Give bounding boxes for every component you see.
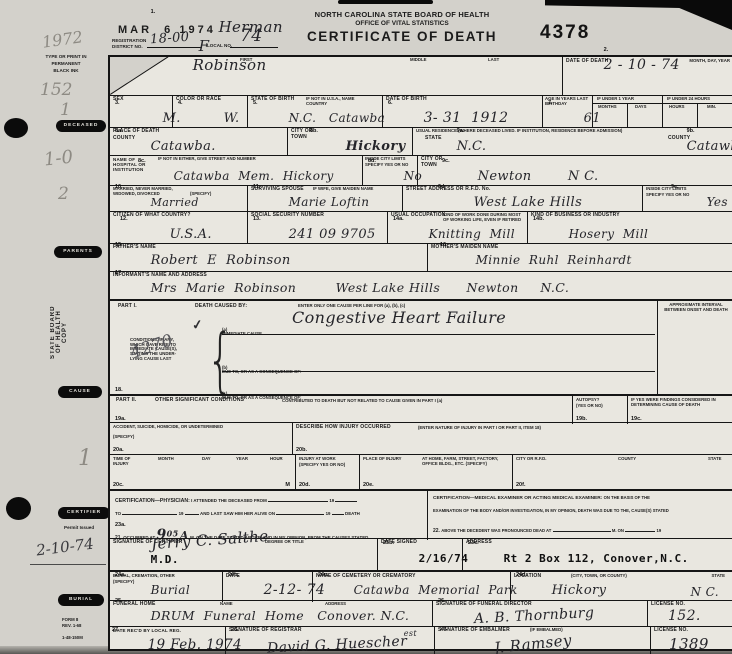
time-of-injury-m: M <box>285 482 290 488</box>
form-number-line2: REV. 1-68 <box>62 623 83 629</box>
hospital-number: 8c. <box>138 158 146 164</box>
field-place-of-injury: PLACE OF INJURY AT HOME, FARM, STREET, F… <box>359 454 513 490</box>
permit-issued-label: Permit Issued <box>64 525 94 532</box>
form-number: FORM 8 REV. 1-68 1-48-150M <box>62 617 83 641</box>
medex-text1: ON THE BASIS OF THE <box>604 495 650 500</box>
field-findings: IF YES WERE FINDINGS CONSIDERED IN DETER… <box>627 394 732 424</box>
death-caused-by-label: DEATH CAUSED BY: <box>195 304 247 310</box>
field-time-of-injury: TIME OF INJURY MONTH DAY YEAR HOUR 20c. … <box>110 454 295 490</box>
part2-title: OTHER SIGNIFICANT CONDITIONS <box>155 398 244 404</box>
physician-death-word: DEATH <box>345 511 360 516</box>
date-of-death-value: 2. 2 - 10 - 74 <box>568 20 680 92</box>
field-accident: ACCIDENT, SUICIDE, HOMICIDE, OR UNDETERM… <box>110 422 292 455</box>
name-last-value: Robinson <box>193 56 267 74</box>
tab-cause-label: CAUSE <box>69 389 91 394</box>
field-director-license: LICENSE NO. 152. <box>647 600 732 627</box>
tab-certifier: CERTIFIER <box>58 507 110 519</box>
under-1-year-label: IF UNDER 1 YEAR <box>597 97 634 102</box>
part1-label: PART I. <box>118 304 137 310</box>
race-number: 4. <box>178 100 183 106</box>
under-1-months-label: MONTHS <box>598 105 617 110</box>
registrar-number: 28. <box>231 627 239 633</box>
icl-res-number: 9e. <box>671 184 679 190</box>
injury-city-label: CITY OR R.F.D. <box>516 457 546 462</box>
field-how-injury: DESCRIBE HOW INJURY OCCURRED (ENTER NATU… <box>292 422 732 455</box>
funeral-director-number: 26. <box>438 598 446 604</box>
time-of-injury-number: 20c. <box>113 482 124 488</box>
physician-19a: 19 <box>329 498 334 503</box>
part2-label: PART II. <box>116 398 136 404</box>
tab-deceased-label: DECEASED <box>64 123 99 128</box>
cemetery-number: 24c. <box>318 572 329 578</box>
date-received-number: 27. <box>112 627 120 633</box>
injury-at-work-label: INJURY AT WORK <box>299 457 336 462</box>
interval-header: APPROXIMATE INTERVAL BETWEEN ONSET AND D… <box>661 303 731 312</box>
injury-at-work-sub: (SPECIFY YES OR NO) <box>299 463 345 468</box>
pencil-1-0: 1-0 <box>43 147 74 171</box>
physician-line1: CERTIFICATION—PHYSICIAN: I ATTENDED THE … <box>115 495 357 506</box>
injury-county-label: COUNTY <box>618 457 636 462</box>
date-of-death-number: 2. <box>604 47 609 53</box>
how-injury-note: (ENTER NATURE OF INJURY IN PART I OR PAR… <box>418 426 541 431</box>
accident-sub: (SPECIFY) <box>113 435 134 440</box>
state-of-birth-number: 5. <box>253 100 258 106</box>
pencil-1: 1 <box>60 100 71 120</box>
place-of-injury-sub: AT HOME, FARM, STREET, FACTORY, OFFICE B… <box>422 457 498 466</box>
certificate-form: NAME OF DECEASED FIRST MIDDLE LAST 1. He… <box>108 55 732 651</box>
checkmark: ✓ <box>191 316 204 333</box>
field-embalmer-signature: SIGNATURE OF EMBALMER (IF EMBALMED) 29. … <box>434 626 651 654</box>
informant-number: 17. <box>115 270 123 276</box>
residence-state-number: 9a. <box>457 128 465 134</box>
physician-text1: I ATTENDED THE DECEASED FROM <box>191 498 267 503</box>
cause-b-label: (b) DUE TO, OR AS A CONSEQUENCE OF: <box>222 361 301 375</box>
residence-state-value: 9a. N.C. <box>421 101 486 155</box>
field-autopsy: AUTOPSY? (YES OR NO) 19b. <box>572 394 628 424</box>
time-of-injury-label: TIME OF INJURY <box>113 457 130 466</box>
residence-county-hw: Catawba. <box>687 139 732 154</box>
field-injury-at-work: INJURY AT WORK (SPECIFY YES OR NO) 20d. <box>295 454 360 490</box>
time-year-col: YEAR <box>236 457 248 462</box>
tab-parents: PARENTS <box>54 246 102 258</box>
mother-number: 16. <box>440 242 448 248</box>
time-month-col: MONTH <box>158 457 174 462</box>
residence-city-label: CITY OR TOWN <box>421 157 443 169</box>
autopsy-label: AUTOPSY? <box>576 398 599 403</box>
tab-burial: BURIAL <box>58 594 104 606</box>
name-value: 1. Herman F Robinson <box>115 0 283 93</box>
org-line1: NORTH CAROLINA STATE BOARD OF HEALTH <box>290 10 514 19</box>
burial-type-number: 24a. <box>115 572 126 578</box>
cause-b-line <box>222 371 655 372</box>
date-signed-number: 23b. <box>383 540 394 546</box>
father-number: 15. <box>115 242 123 248</box>
embalmer-number: 29. <box>440 626 448 632</box>
how-injury-number: 20b. <box>296 447 307 453</box>
name-middle-value: F <box>199 37 210 55</box>
physician-19c: 19 <box>326 511 331 516</box>
name-number: 1. <box>151 9 156 15</box>
signature-certifier-sub: DEGREE OR TITLE <box>265 540 304 545</box>
document-title: CERTIFICATE OF DEATH <box>290 29 514 44</box>
citizen-number: 12. <box>120 216 128 222</box>
accident-label: ACCIDENT, SUICIDE, HOMICIDE, OR UNDETERM… <box>113 425 273 430</box>
ssn-value: 241 09 9705 <box>289 227 376 242</box>
cause-a-label: (a) IMMEDIATE CAUSE <box>222 323 262 337</box>
cause-a-line <box>222 334 655 335</box>
residence-county-value: 9b. Catawba. <box>651 101 732 155</box>
director-license-value: 152. <box>668 608 701 624</box>
age-number: 7. <box>548 100 553 106</box>
cause-c-number: 18. <box>115 387 123 393</box>
medex-line2: EXAMINATION OF THE BODY AND/OR INVESTIGA… <box>433 508 669 515</box>
residence-county-number: 9b. <box>687 128 695 134</box>
field-name-of-deceased: NAME OF DECEASED FIRST MIDDLE LAST 1. He… <box>110 57 562 95</box>
marital-number: 10. <box>115 184 123 190</box>
field-age: AGE IN YEARS LAST BIRTHDAY 7. 61 <box>542 95 593 128</box>
date-of-death-hw: 2 - 10 - 74 <box>604 57 680 73</box>
permit-date: 2-10-74 <box>35 535 95 560</box>
field-inside-city-limits-death: INSIDE CITY LIMITS SPECIFY YES OR NO 8d.… <box>362 155 418 186</box>
certifier-address-number: 23c. <box>468 540 479 546</box>
part2-note: CONTRIBUTED TO DEATH BUT NOT RELATED TO … <box>282 399 442 404</box>
certifier-signature: Jerry C. Salthe <box>150 527 269 553</box>
icl-death-number: 8d. <box>368 158 376 164</box>
embalmer-license-label: LICENSE NO. <box>654 628 688 634</box>
header-org-block: NORTH CAROLINA STATE BOARD OF HEALTH OFF… <box>290 10 514 44</box>
spouse-number: 11. <box>253 184 260 190</box>
field-informant: INFORMANT'S NAME AND ADDRESS 17. Mrs Mar… <box>110 271 732 300</box>
field-embalmer-license: LICENSE NO. 1389 <box>650 626 732 654</box>
tab-burial-label: BURIAL <box>69 597 93 602</box>
type-print-note: TYPE OR PRINT IN PERMANENT BLACK INK <box>36 54 96 75</box>
scan-top-streak <box>338 0 433 4</box>
copy-designation: STATE BOARD OF HEALTH COPY <box>50 296 68 368</box>
tab-cause: CAUSE <box>58 386 102 398</box>
medex-text2: EXAMINATION OF THE BODY AND/OR INVESTIGA… <box>433 508 669 513</box>
place-of-injury-number: 20e. <box>363 482 374 488</box>
time-day-col: DAY <box>202 457 211 462</box>
injury-state-label: STATE <box>708 457 721 462</box>
hole-punch-bottom <box>6 497 31 520</box>
embalmer-signature: J. Ramsey <box>493 631 572 654</box>
date-of-birth-number: 6. <box>388 100 393 106</box>
race-value: W. <box>224 111 240 126</box>
place-of-injury-label: PLACE OF INJURY <box>363 457 402 462</box>
section-part2: PART II. OTHER SIGNIFICANT CONDITIONS CO… <box>110 394 572 424</box>
burial-state-value: N C. <box>691 585 719 599</box>
injury-city-number: 20f. <box>516 482 525 488</box>
death-certificate-scan: MAR 6 1974 REGISTRATION DISTRICT NO. 18-… <box>0 0 732 654</box>
field-inside-city-limits-res: INSIDE CITY LIMITS SPECIFY YES OR NO 9e.… <box>642 185 732 212</box>
hole-punch-top <box>4 118 28 138</box>
physician-title: CERTIFICATION—PHYSICIAN: <box>115 498 190 504</box>
pencil-152: 152 <box>40 80 72 100</box>
how-injury-label: DESCRIBE HOW INJURY OCCURRED <box>296 425 391 431</box>
time-hour-col: HOUR <box>270 457 283 462</box>
pencil-2: 2 <box>58 184 69 204</box>
name-last-header: LAST <box>488 58 499 63</box>
registrar-signature: David G. Huescher <box>266 633 407 654</box>
residence-city-number: 9c. <box>442 158 450 164</box>
pod-county-number: 8a. <box>115 128 123 134</box>
tab-certifier-label: CERTIFIER <box>67 510 101 515</box>
field-date-received: DATE REC'D BY LOCAL REG. 27. 19 Feb. 197… <box>110 626 225 654</box>
under-1-days-label: DAYS <box>635 105 647 110</box>
immediate-cause-value: Congestive Heart Failure <box>292 308 506 327</box>
occupation-number: 14a. <box>393 216 404 222</box>
injury-at-work-number: 20d. <box>299 482 310 488</box>
date-of-death-sub: MONTH, DAY, YEAR <box>689 59 730 64</box>
burial-date-number: 24b. <box>228 572 239 578</box>
tab-parents-label: PARENTS <box>63 249 93 254</box>
ssn-number: 13. <box>253 216 261 222</box>
section-part1-cause: PART I. DEATH CAUSED BY: ENTER ONLY ONE … <box>110 299 732 396</box>
icl-res-value: Yes <box>707 195 728 209</box>
permit-date-underline <box>30 564 106 565</box>
pencil-1b: 1 <box>78 446 92 471</box>
medex-title: CERTIFICATION—MEDICAL EXAMINER OR ACTING… <box>433 496 602 501</box>
sex-number: 3. <box>115 100 120 106</box>
field-date-of-death: DATE OF DEATH MONTH, DAY, YEAR 2. 2 - 10… <box>562 57 732 95</box>
informant-value: Mrs Marie Robinson West Lake Hills Newto… <box>151 280 570 295</box>
embalmer-license-value: 1389 <box>669 635 709 653</box>
burial-location-number: 24d. <box>516 572 527 578</box>
field-injury-city-county-state: CITY OR R.F.D. COUNTY STATE 20f. <box>512 454 732 490</box>
pod-city-number: 8b. <box>310 128 318 134</box>
pencil-year: 1972 <box>41 27 84 51</box>
burial-state-label: STATE <box>712 574 725 579</box>
form-number-line3: 1-48-150M <box>62 635 83 641</box>
medex-line1: CERTIFICATION—MEDICAL EXAMINER OR ACTING… <box>433 495 650 502</box>
signature-certifier-number: 23a. <box>115 522 126 528</box>
autopsy-sub: (YES OR NO) <box>576 404 603 409</box>
name-middle-header: MIDDLE <box>410 58 426 63</box>
name-first-value: Herman <box>219 18 283 36</box>
accident-number: 20a. <box>113 447 124 453</box>
field-registrar-signature: SIGNATURE OF REGISTRAR est 28. David G. … <box>225 626 435 654</box>
funeral-home-number: 25. <box>115 598 123 604</box>
street-number: 9d. <box>438 184 446 190</box>
tab-deceased: DECEASED <box>56 120 106 132</box>
interval-column-divider <box>657 301 658 396</box>
findings-label: IF YES WERE FINDINGS CONSIDERED IN DETER… <box>631 398 716 407</box>
industry-number: 14b. <box>533 216 544 222</box>
org-line2: OFFICE OF VITAL STATISTICS <box>290 20 514 27</box>
